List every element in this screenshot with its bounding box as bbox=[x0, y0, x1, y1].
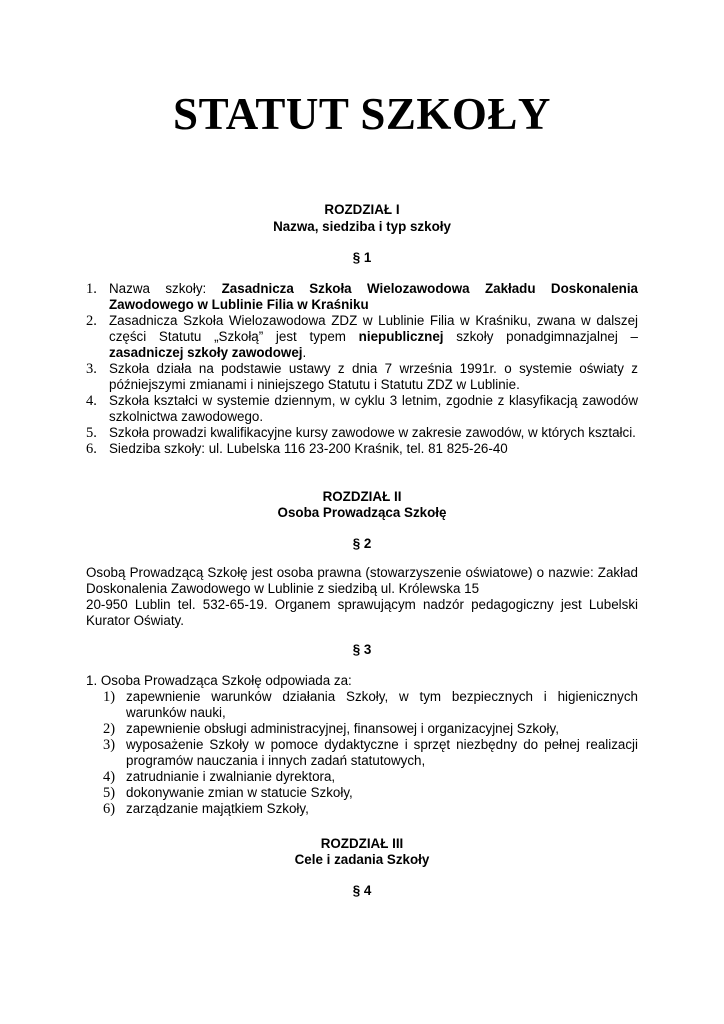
paragraph-3-body: 1. Osoba Prowadząca Szkołę odpowiada za:… bbox=[86, 673, 638, 817]
list-item-text: wyposażenie Szkoły w pomoce dydaktyczne … bbox=[126, 737, 638, 768]
list-item-number: 3. bbox=[86, 361, 97, 377]
list-item-number: 4) bbox=[103, 769, 115, 785]
list-item: 2)zapewnienie obsługi administracyjnej, … bbox=[103, 721, 638, 737]
list-item-text: dokonywanie zmian w statucie Szkoły, bbox=[126, 785, 353, 800]
paragraph-1-heading: § 1 bbox=[0, 250, 724, 266]
list-item: 3.Szkoła działa na podstawie ustawy z dn… bbox=[86, 361, 638, 393]
bold-text: zasadniczej szkoły zawodowej bbox=[109, 345, 302, 360]
list-item-number: 3) bbox=[103, 737, 115, 753]
paragraph-3-intro: 1. Osoba Prowadząca Szkołę odpowiada za: bbox=[86, 673, 638, 689]
document-page: STATUT SZKOŁY ROZDZIAŁ I Nazwa, siedziba… bbox=[0, 0, 724, 1024]
paragraph-2-line-1: Osobą Prowadzącą Szkołę jest osoba prawn… bbox=[86, 565, 638, 597]
bold-text: niepublicznej bbox=[359, 329, 444, 344]
chapter-1-list: 1.Nazwa szkoły: Zasadnicza Szkoła Wieloz… bbox=[86, 281, 638, 457]
paragraph-2-text: Osobą Prowadzącą Szkołę jest osoba prawn… bbox=[86, 565, 638, 629]
list-item-text: Szkoła działa na podstawie ustawy z dnia… bbox=[109, 361, 638, 392]
paragraph-4-heading: § 4 bbox=[0, 883, 724, 899]
chapter-1-subtitle: Nazwa, siedziba i typ szkoły bbox=[0, 219, 724, 235]
list-item-text: Siedziba szkoły: ul. Lubelska 116 23-200… bbox=[109, 441, 508, 456]
list-item-number: 5) bbox=[103, 785, 115, 801]
paragraph-3-heading: § 3 bbox=[0, 642, 724, 658]
list-item: 6)zarządzanie majątkiem Szkoły, bbox=[103, 801, 638, 817]
list-item-number: 1) bbox=[103, 689, 115, 705]
list-item: 5)dokonywanie zmian w statucie Szkoły, bbox=[103, 785, 638, 801]
chapter-2-subtitle: Osoba Prowadząca Szkołę bbox=[0, 505, 724, 521]
list-item-number: 5. bbox=[86, 425, 97, 441]
responsibilities-list: 1)zapewnienie warunków działania Szkoły,… bbox=[86, 689, 638, 817]
chapter-2-heading: ROZDZIAŁ II bbox=[0, 489, 724, 505]
chapter-3-subtitle: Cele i zadania Szkoły bbox=[0, 852, 724, 868]
list-item-text: Szkoła kształci w systemie dziennym, w c… bbox=[109, 393, 638, 424]
chapter-1-list-container: 1.Nazwa szkoły: Zasadnicza Szkoła Wieloz… bbox=[86, 281, 638, 457]
list-item-number: 6) bbox=[103, 801, 115, 817]
list-item-text: zatrudnianie i zwalnianie dyrektora, bbox=[126, 769, 335, 784]
list-item: 4.Szkoła kształci w systemie dziennym, w… bbox=[86, 393, 638, 425]
list-item: 1)zapewnienie warunków działania Szkoły,… bbox=[103, 689, 638, 721]
list-item-text: szkoły ponadgimnazjalnej – bbox=[444, 329, 639, 344]
list-item-text: zapewnienie warunków działania Szkoły, w… bbox=[126, 689, 638, 720]
chapter-1-heading: ROZDZIAŁ I bbox=[0, 202, 724, 218]
list-item: 1.Nazwa szkoły: Zasadnicza Szkoła Wieloz… bbox=[86, 281, 638, 313]
list-item: 2.Zasadnicza Szkoła Wielozawodowa ZDZ w … bbox=[86, 313, 638, 361]
document-title: STATUT SZKOŁY bbox=[0, 88, 724, 140]
list-item-number: 4. bbox=[86, 393, 97, 409]
list-item-text: zapewnienie obsługi administracyjnej, fi… bbox=[126, 721, 559, 736]
paragraph-2-heading: § 2 bbox=[0, 536, 724, 552]
list-item-text: Nazwa szkoły: bbox=[109, 281, 222, 296]
list-item: 6.Siedziba szkoły: ul. Lubelska 116 23-2… bbox=[86, 441, 638, 457]
paragraph-2-line-2: 20-950 Lublin tel. 532-65-19. Organem sp… bbox=[86, 597, 638, 629]
list-item-text: . bbox=[302, 345, 306, 360]
chapter-3-heading: ROZDZIAŁ III bbox=[0, 836, 724, 852]
list-item-number: 6. bbox=[86, 441, 97, 457]
list-item: 3)wyposażenie Szkoły w pomoce dydaktyczn… bbox=[103, 737, 638, 769]
list-item: 5.Szkoła prowadzi kwalifikacyjne kursy z… bbox=[86, 425, 638, 441]
list-item-number: 2) bbox=[103, 721, 115, 737]
list-item: 4)zatrudnianie i zwalnianie dyrektora, bbox=[103, 769, 638, 785]
list-item-text: zarządzanie majątkiem Szkoły, bbox=[126, 801, 309, 816]
list-item-text: Szkoła prowadzi kwalifikacyjne kursy zaw… bbox=[109, 425, 636, 440]
list-item-number: 1. bbox=[86, 281, 97, 297]
list-item-number: 2. bbox=[86, 313, 97, 329]
